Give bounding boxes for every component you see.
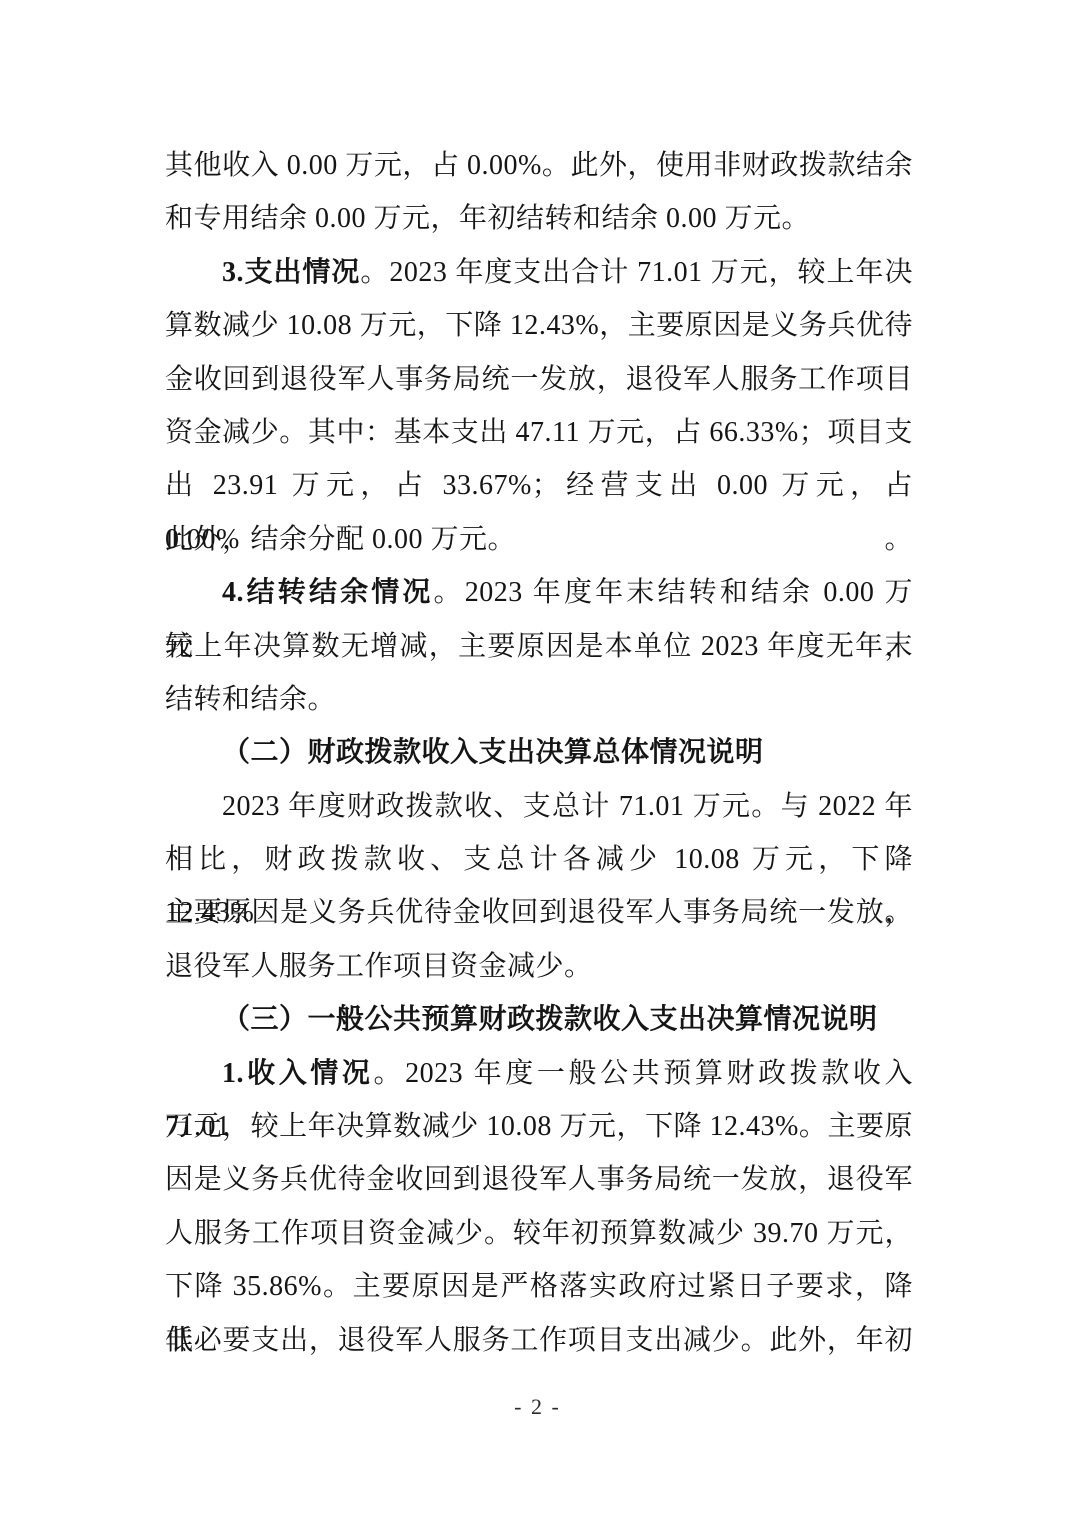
text-line: 和专用结余 0.00 万元，年初结转和结余 0.00 万元。	[165, 192, 913, 245]
text-segment: 人服务工作项目资金减少。较年初预算数减少 39.70 万元，	[165, 1218, 913, 1249]
text-segment: 2023 年度财政拨款收、支总计 71.01 万元。与 2022 年	[222, 791, 913, 822]
text-line: 因是义务兵优待金收回到退役军人事务局统一发放，退役军	[165, 1153, 913, 1206]
text-line: 算数减少 10.08 万元，下降 12.43%，主要原因是义务兵优待	[165, 299, 913, 352]
bold-text-segment: 4.结转结余情况	[222, 577, 434, 608]
text-segment: 金收回到退役军人事务局统一发放，退役军人服务工作项目	[165, 364, 913, 395]
text-line: （三）一般公共预算财政拨款收入支出决算情况说明	[165, 993, 913, 1046]
bold-text-segment: 1.收入情况	[222, 1058, 374, 1089]
text-line: 其他收入 0.00 万元，占 0.00%。此外，使用非财政拨款结余	[165, 139, 913, 192]
text-line: 非必要支出，退役军人服务工作项目支出减少。此外，年初	[165, 1314, 913, 1367]
text-line: 3.支出情况。2023 年度支出合计 71.01 万元，较上年决	[165, 246, 913, 299]
text-segment: 非必要支出，退役军人服务工作项目支出减少。此外，年初	[165, 1325, 913, 1356]
text-line: 结转和结余。	[165, 673, 913, 726]
text-line: 1.收入情况。2023 年度一般公共预算财政拨款收入 71.01	[165, 1047, 913, 1100]
text-line: 2023 年度财政拨款收、支总计 71.01 万元。与 2022 年	[165, 780, 913, 833]
bold-text-segment: （二）财政拨款收入支出决算总体情况说明	[222, 737, 764, 768]
text-line: 万元，较上年决算数减少 10.08 万元，下降 12.43%。主要原	[165, 1100, 913, 1153]
text-line: 4.结转结余情况。2023 年度年末结转和结余 0.00 万元，	[165, 566, 913, 619]
text-segment: 其他收入 0.00 万元，占 0.00%。此外，使用非财政拨款结余	[165, 150, 913, 181]
page-number: - 2 -	[0, 1394, 1075, 1420]
text-segment: 此外，结余分配 0.00 万元。	[165, 524, 516, 555]
text-segment: 较上年决算数无增减，主要原因是本单位 2023 年度无年末	[165, 631, 913, 662]
document-lines: 其他收入 0.00 万元，占 0.00%。此外，使用非财政拨款结余和专用结余 0…	[165, 139, 913, 1367]
document-body: 其他收入 0.00 万元，占 0.00%。此外，使用非财政拨款结余和专用结余 0…	[165, 139, 913, 1367]
text-segment: 因是义务兵优待金收回到退役军人事务局统一发放，退役军	[165, 1164, 913, 1195]
bold-text-segment: （三）一般公共预算财政拨款收入支出决算情况说明	[222, 1004, 878, 1035]
text-segment: 万元，较上年决算数减少 10.08 万元，下降 12.43%。主要原	[165, 1111, 913, 1142]
text-line: 资金减少。其中：基本支出 47.11 万元，占 66.33%；项目支	[165, 406, 913, 459]
text-segment: 主要原因是义务兵优待金收回到退役军人事务局统一发放，	[165, 897, 913, 928]
text-segment: 算数减少 10.08 万元，下降 12.43%，主要原因是义务兵优待	[165, 310, 913, 341]
text-line: 出 23.91 万元，占 33.67%；经营支出 0.00 万元，占 0.00%…	[165, 459, 913, 512]
text-line: 人服务工作项目资金减少。较年初预算数减少 39.70 万元，	[165, 1207, 913, 1260]
text-segment: 和专用结余 0.00 万元，年初结转和结余 0.00 万元。	[165, 203, 810, 234]
text-segment: 结转和结余。	[165, 684, 336, 715]
text-segment: 。2023 年度支出合计 71.01 万元，较上年决	[360, 257, 913, 288]
text-line: （二）财政拨款收入支出决算总体情况说明	[165, 726, 913, 779]
text-line: 退役军人服务工作项目资金减少。	[165, 940, 913, 993]
text-segment: 退役军人服务工作项目资金减少。	[165, 951, 593, 982]
text-line: 主要原因是义务兵优待金收回到退役军人事务局统一发放，	[165, 886, 913, 939]
text-line: 相比，财政拨款收、支总计各减少 10.08 万元，下降 12.43%。	[165, 833, 913, 886]
text-line: 较上年决算数无增减，主要原因是本单位 2023 年度无年末	[165, 620, 913, 673]
text-segment: 资金减少。其中：基本支出 47.11 万元，占 66.33%；项目支	[165, 417, 913, 448]
text-line: 下降 35.86%。主要原因是严格落实政府过紧日子要求，降低	[165, 1260, 913, 1313]
document-page: 其他收入 0.00 万元，占 0.00%。此外，使用非财政拨款结余和专用结余 0…	[0, 0, 1075, 1520]
text-line: 金收回到退役军人事务局统一发放，退役军人服务工作项目	[165, 353, 913, 406]
bold-text-segment: 3.支出情况	[222, 257, 360, 288]
